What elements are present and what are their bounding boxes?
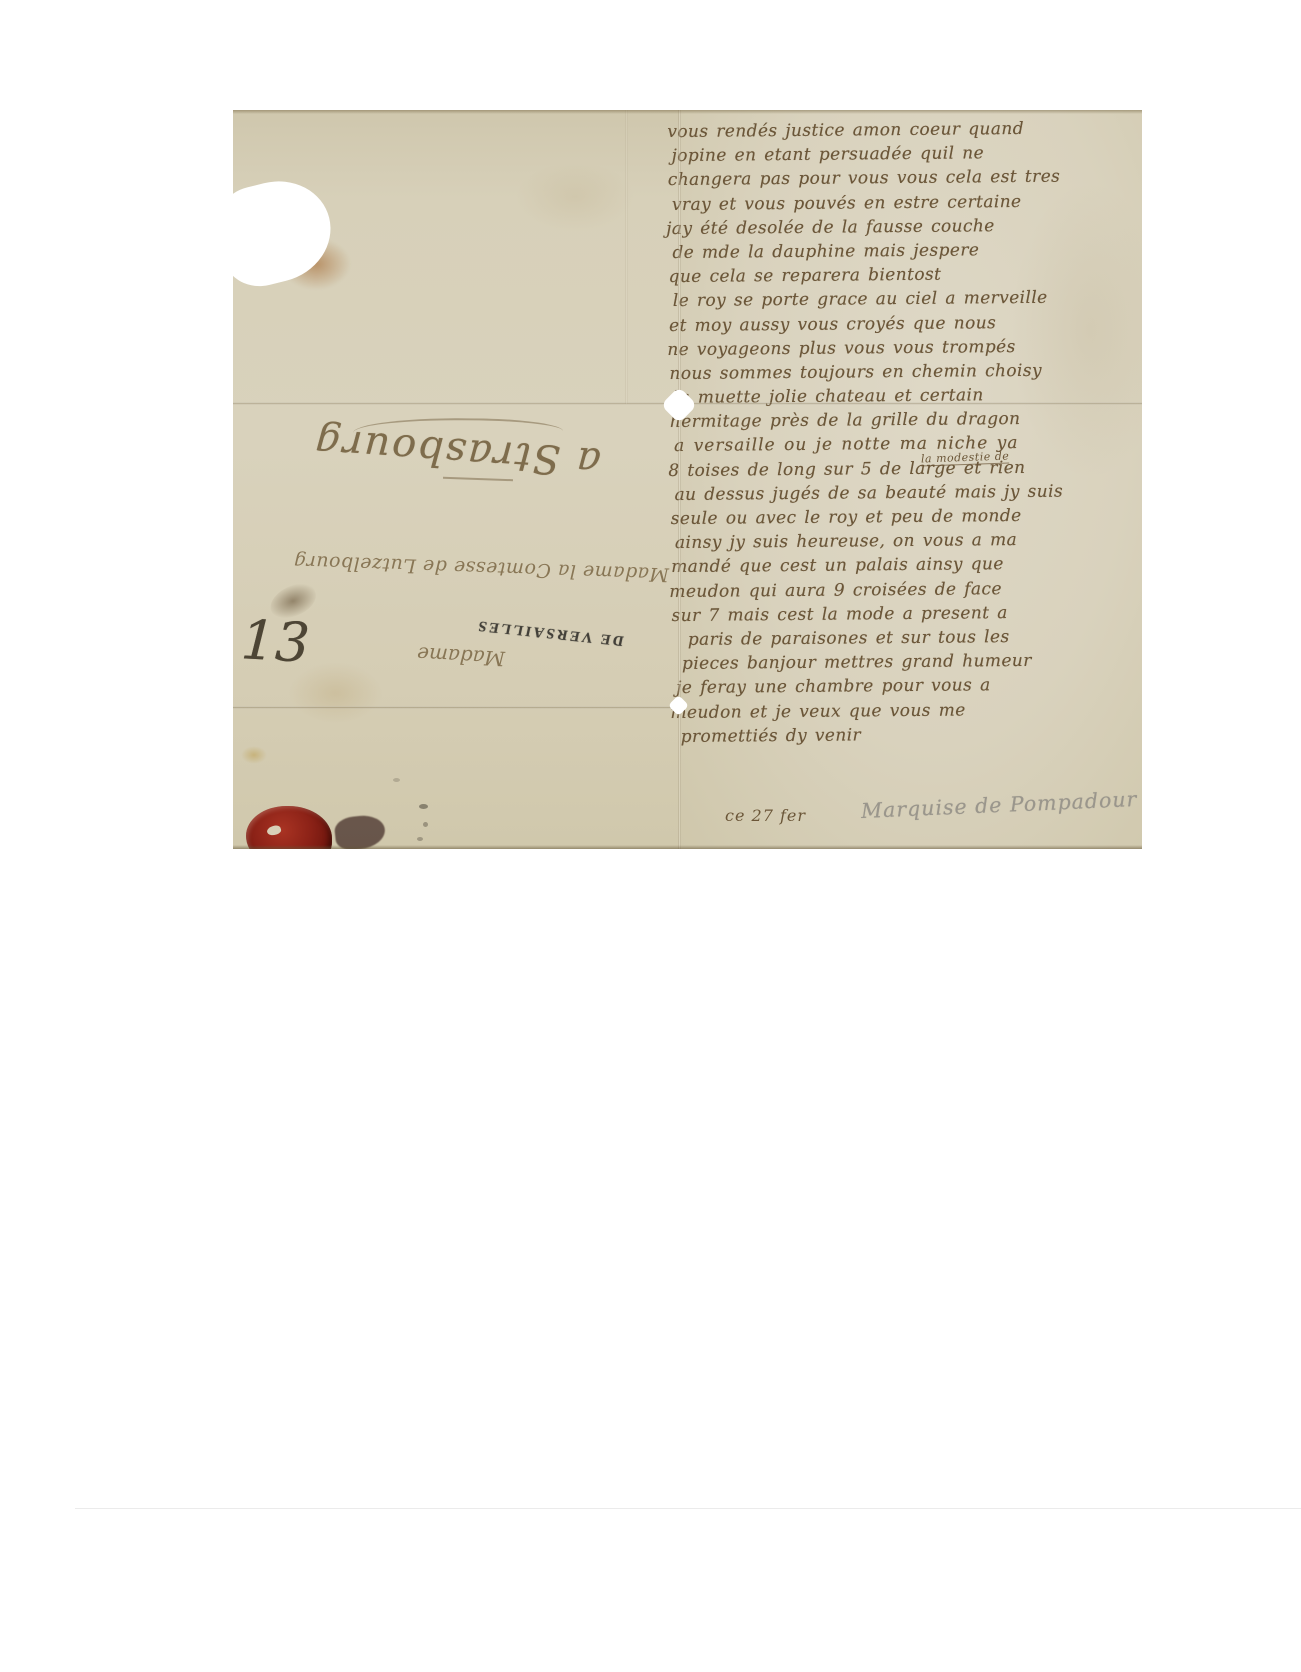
handwritten-body: vous rendés justice amon coeur quand jop… <box>667 116 1138 749</box>
paper-stain <box>515 162 635 232</box>
vertical-crease <box>625 110 628 404</box>
red-wax-seal <box>246 806 332 849</box>
ink-speck <box>393 778 400 782</box>
page: { "colors": { "page_background": "#fffff… <box>0 0 1301 1672</box>
address-salutation: Madame <box>394 641 505 671</box>
photo-top-edge <box>233 110 1142 114</box>
ink-speck <box>423 822 428 827</box>
body-line: promettiés dy venir <box>681 721 1139 749</box>
versailles-postmark-stamp: DE VERSAILLES <box>475 616 626 648</box>
address-leaf: a Strasbourg Madame la Comtesse de Lutze… <box>233 110 680 849</box>
horizontal-fold-crease <box>233 706 684 709</box>
photo-bottom-edge <box>233 845 1142 849</box>
brown-smudge <box>333 813 386 849</box>
address-recipient-line: Madame la Comtesse de Lutzelbourg <box>241 549 670 586</box>
ink-speck <box>419 804 428 809</box>
letter-photograph: a Strasbourg Madame la Comtesse de Lutze… <box>233 110 1142 849</box>
paper-stain <box>241 746 267 764</box>
date-line: ce 27 fer <box>725 806 806 825</box>
ink-speck <box>417 837 423 841</box>
postage-due-mark: 13 <box>239 608 311 675</box>
page-divider-line <box>75 1508 1301 1509</box>
center-fold-crease <box>678 110 681 849</box>
